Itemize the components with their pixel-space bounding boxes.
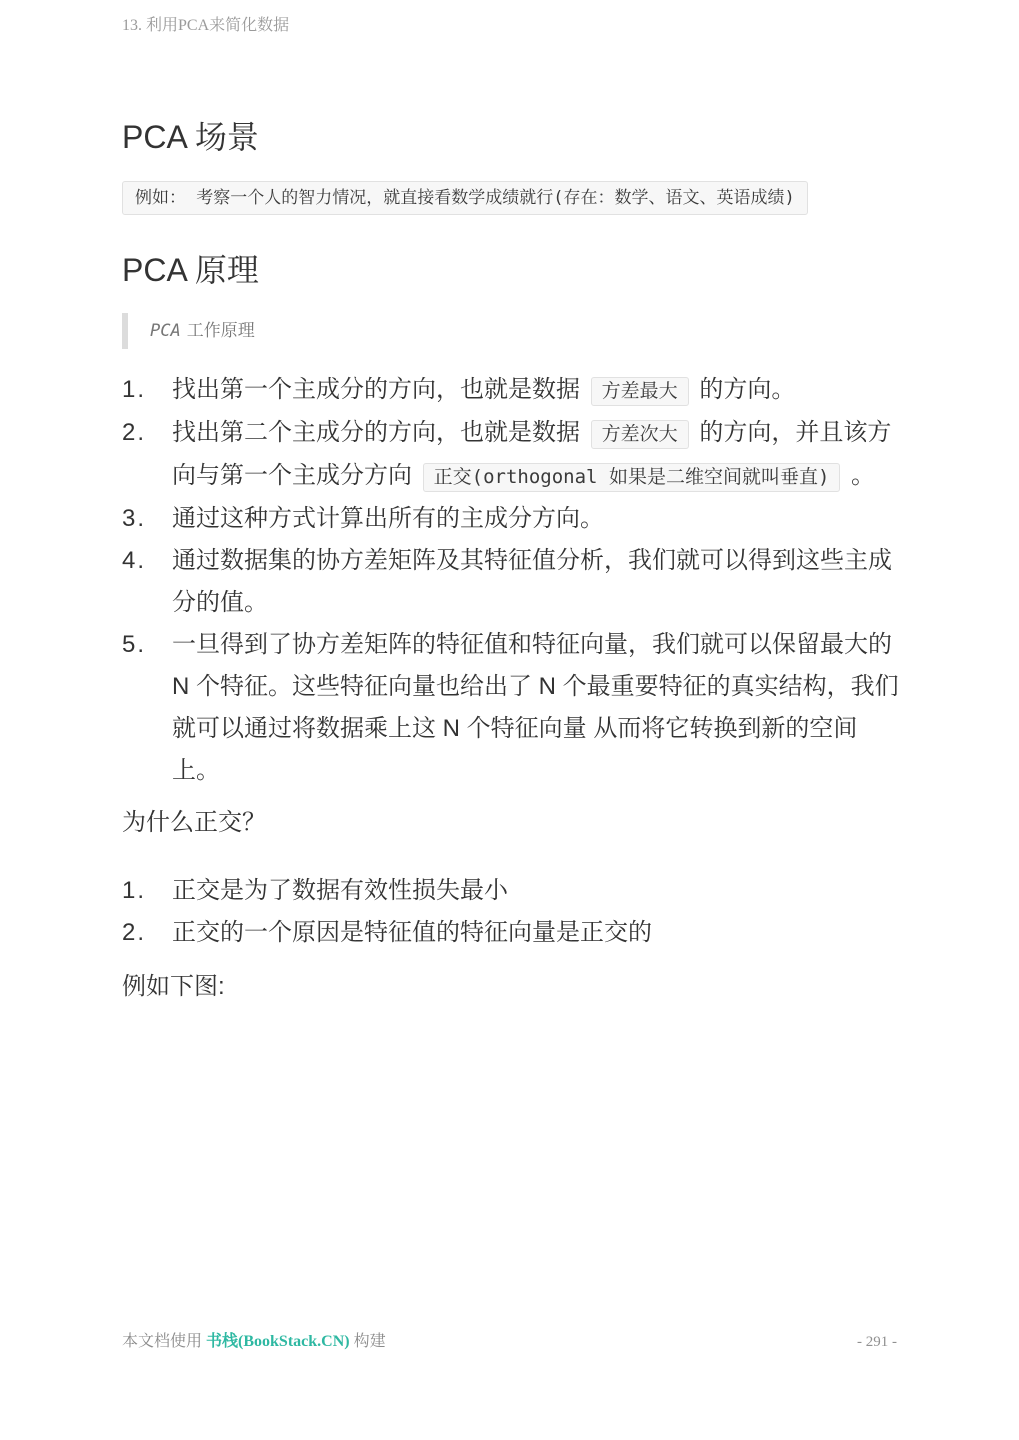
text-segment: 的方向。: [693, 376, 796, 403]
list-item: 4.通过数据集的协方差矩阵及其特征值分析，我们就可以得到这些主成分的值。: [122, 540, 900, 624]
list-item-text: 通过数据集的协方差矩阵及其特征值分析，我们就可以得到这些主成分的值。: [172, 540, 900, 624]
inline-code: 方差最大: [591, 377, 689, 406]
list-item: 2.找出第二个主成分的方向，也就是数据 方差次大 的方向，并且该方向与第一个主成…: [122, 412, 900, 498]
text-segment: 正交的一个原因是特征值的特征向量是正交的: [172, 919, 652, 946]
bookstack-link[interactable]: 书栈(BookStack.CN): [206, 1333, 350, 1350]
list-number: 2.: [122, 412, 172, 498]
heading-pca-principle: PCA 原理: [122, 251, 900, 289]
text-segment: 正交是为了数据有效性损失最小: [172, 877, 508, 904]
list-number: 1.: [122, 870, 172, 912]
text-segment: 找出第一个主成分的方向，也就是数据: [172, 376, 587, 403]
footer-suffix: 构建: [350, 1333, 386, 1350]
why-orthogonal-list: 1.正交是为了数据有效性损失最小2.正交的一个原因是特征值的特征向量是正交的: [122, 870, 900, 954]
page-footer: 本文档使用 书栈(BookStack.CN) 构建 - 291 -: [122, 1328, 897, 1351]
text-segment: 找出第二个主成分的方向，也就是数据: [172, 419, 587, 446]
document-content: PCA 场景 例如： 考察一个人的智力情况，就直接看数学成绩就行(存在：数学、语…: [122, 0, 900, 1002]
list-item: 3.通过这种方式计算出所有的主成分方向。: [122, 498, 900, 540]
list-item: 5.一旦得到了协方差矩阵的特征值和特征向量，我们就可以保留最大的 N 个特征。这…: [122, 624, 900, 792]
list-item-text: 找出第二个主成分的方向，也就是数据 方差次大 的方向，并且该方向与第一个主成分方…: [172, 412, 900, 498]
text-segment: 通过这种方式计算出所有的主成分方向。: [172, 505, 604, 532]
list-item: 1.正交是为了数据有效性损失最小: [122, 870, 900, 912]
text-segment: 一旦得到了协方差矩阵的特征值和特征向量，我们就可以保留最大的 N 个特征。这些特…: [172, 631, 899, 784]
blockquote-term: PCA: [150, 321, 181, 341]
list-number: 1.: [122, 369, 172, 412]
text-segment: 。: [844, 462, 875, 489]
list-number: 5.: [122, 624, 172, 792]
list-item-text: 通过这种方式计算出所有的主成分方向。: [172, 498, 900, 540]
footer-build-note: 本文档使用 书栈(BookStack.CN) 构建: [122, 1328, 386, 1351]
page-number: - 291 -: [857, 1334, 897, 1351]
inline-code: 正交(orthogonal 如果是二维空间就叫垂直): [423, 463, 841, 492]
scene-example-codeblock: 例如： 考察一个人的智力情况，就直接看数学成绩就行(存在：数学、语文、英语成绩): [122, 181, 808, 215]
example-caption: 例如下图:: [122, 972, 900, 1002]
list-item: 1.找出第一个主成分的方向，也就是数据 方差最大 的方向。: [122, 369, 900, 412]
pca-working-principle-blockquote: PCA工作原理: [122, 313, 900, 349]
list-item: 2.正交的一个原因是特征值的特征向量是正交的: [122, 912, 900, 954]
inline-code: 方差次大: [591, 420, 689, 449]
list-item-text: 一旦得到了协方差矩阵的特征值和特征向量，我们就可以保留最大的 N 个特征。这些特…: [172, 624, 900, 792]
list-number: 4.: [122, 540, 172, 624]
footer-prefix: 本文档使用: [122, 1333, 206, 1350]
list-number: 2.: [122, 912, 172, 954]
list-number: 3.: [122, 498, 172, 540]
text-segment: 通过数据集的协方差矩阵及其特征值分析，我们就可以得到这些主成分的值。: [172, 547, 892, 616]
principle-steps-list: 1.找出第一个主成分的方向，也就是数据 方差最大 的方向。2.找出第二个主成分的…: [122, 369, 900, 792]
blockquote-text: 工作原理: [187, 321, 255, 341]
list-item-text: 找出第一个主成分的方向，也就是数据 方差最大 的方向。: [172, 369, 900, 412]
list-item-text: 正交是为了数据有效性损失最小: [172, 870, 900, 912]
why-orthogonal-heading: 为什么正交？: [122, 808, 900, 838]
heading-pca-scene: PCA 场景: [122, 118, 900, 156]
list-item-text: 正交的一个原因是特征值的特征向量是正交的: [172, 912, 900, 954]
